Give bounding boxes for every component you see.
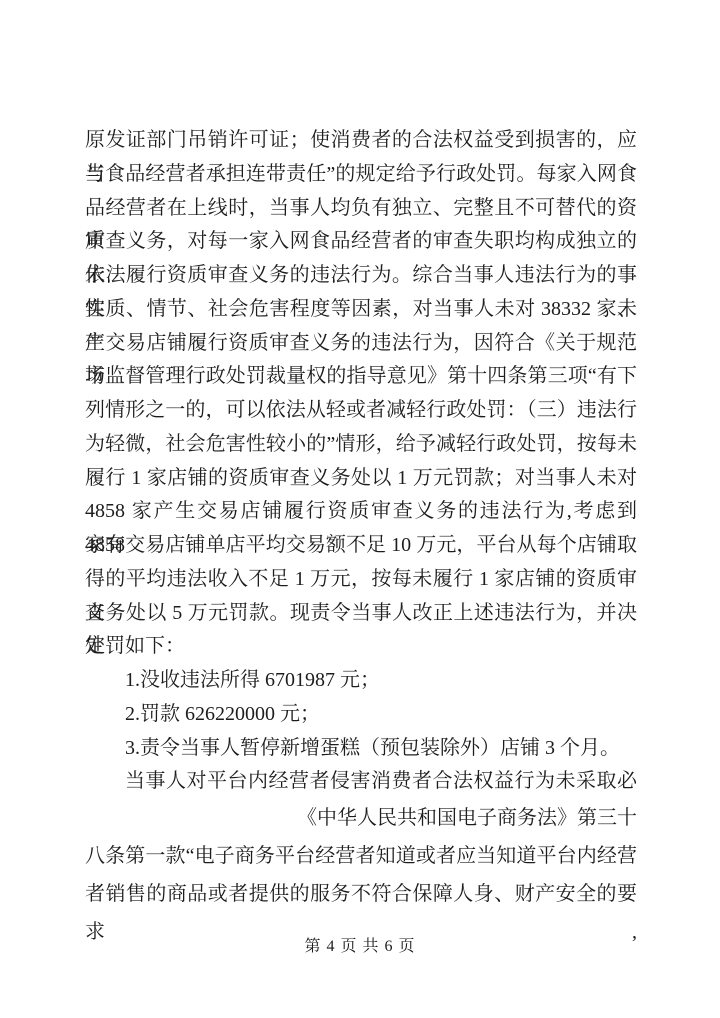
doc-line: 家有交易店铺单店平均交易额不足 10 万元，平台从每个店铺取	[85, 529, 637, 563]
doc-line: 4858 家产生交易店铺履行资质审查义务的违法行为,考虑到 4858	[85, 495, 637, 529]
doc-line: 生交易店铺履行资质审查义务的违法行为，因符合《关于规范市	[85, 327, 637, 361]
doc-line: 列情形之一的，可以依法从轻或者减轻行政处罚：（三）违法行	[85, 394, 637, 428]
doc-line: 义务处以 5 万元罚款。现责令当事人改正上述违法行为，并决定	[85, 597, 637, 631]
page-number: 第 4 页 共 6 页	[0, 936, 720, 958]
doc-line-penalty-item-3: 3.责令当事人暂停新增蛋糕（预包装除外）店铺 3 个月。	[85, 732, 637, 766]
doc-line: 为轻微，社会危害性较小的”情形，给予减轻行政处罚，按每未	[85, 428, 637, 462]
doc-line: 履行 1 家店铺的资质审查义务处以 1 万元罚款；对当事人未对	[85, 462, 637, 496]
doc-line: 场监督管理行政处罚裁量权的指导意见》第十四条第三项“有下	[85, 360, 637, 394]
doc-line-penalty-heading: 处罚如下：	[85, 630, 637, 664]
doc-line-penalty-item-2: 2.罚款 626220000 元；	[85, 698, 637, 732]
document-page: 原发证部门吊销许可证；使消费者的合法权益受到损害的，应当 与食品经营者承担连带责…	[0, 0, 720, 1018]
doc-line: 原发证部门吊销许可证；使消费者的合法权益受到损害的，应当	[85, 124, 637, 158]
doc-line-penalty-item-1: 1.没收违法所得 6701987 元；	[85, 664, 637, 698]
doc-line: 当事人对平台内经营者侵害消费者合法权益行为未采取必	[85, 765, 637, 799]
doc-line: 得的平均违法收入不足 1 万元，按每未履行 1 家店铺的资质审查	[85, 563, 637, 597]
doc-line: 审查义务，对每一家入网食品经营者的审查失职均构成独立的未	[85, 225, 637, 259]
document-body: 原发证部门吊销许可证；使消费者的合法权益受到损害的，应当 与食品经营者承担连带责…	[85, 124, 637, 913]
doc-line: 与食品经营者承担连带责任”的规定给予行政处罚。每家入网食	[85, 158, 637, 192]
doc-line: 《中华人民共和国电子商务法》第三十	[85, 799, 637, 837]
doc-line: 品经营者在上线时，当事人均负有独立、完整且不可替代的资质	[85, 192, 637, 226]
doc-line: 性质、情节、社会危害程度等因素，对当事人未对 38332 家未产	[85, 293, 637, 327]
doc-line: 者销售的商品或者提供的服务不符合保障人身、财产安全的要求,	[85, 875, 637, 913]
doc-line: 依法履行资质审查义务的违法行为。综合当事人违法行为的事实、	[85, 259, 637, 293]
doc-line: 八条第一款“电子商务平台经营者知道或者应当知道平台内经营	[85, 837, 637, 875]
